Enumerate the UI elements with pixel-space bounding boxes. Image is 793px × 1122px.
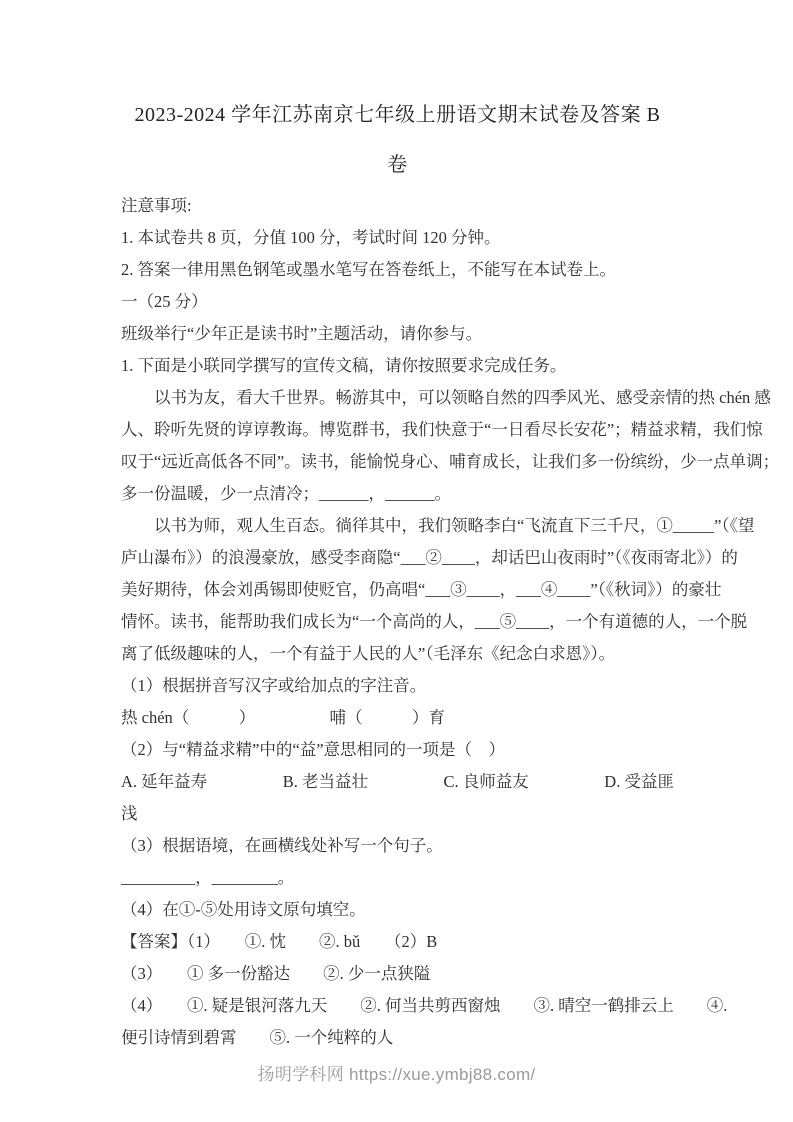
passage2-line3: 美好期待，体会刘禹锡即使贬官，仍高唱“___③____，___④____”（《秋… bbox=[121, 574, 674, 606]
exam-document-page: 2023-2024 学年江苏南京七年级上册语文期末试卷及答案 B 卷 注意事项:… bbox=[0, 0, 793, 1122]
document-content: 2023-2024 学年江苏南京七年级上册语文期末试卷及答案 B 卷 注意事项:… bbox=[121, 0, 674, 1054]
document-title-line1: 2023-2024 学年江苏南京七年级上册语文期末试卷及答案 B bbox=[121, 90, 674, 140]
document-title: 2023-2024 学年江苏南京七年级上册语文期末试卷及答案 B 卷 bbox=[121, 90, 674, 190]
document-title-line2: 卷 bbox=[121, 140, 674, 190]
passage2-line4: 情怀。读书，能帮助我们成长为“一个高尚的人，___⑤____，一个有道德的人，一… bbox=[121, 606, 674, 638]
subquestion-4: （4）在①-⑤处用诗文原句填空。 bbox=[121, 894, 674, 926]
passage1-line1: 以书为友，看大千世界。畅游其中，可以领略自然的四季风光、感受亲情的热 chén … bbox=[121, 382, 674, 414]
subquestion-3: （3）根据语境，在画横线处补写一个句子。 bbox=[121, 830, 674, 862]
option-d: D. 受益匪 bbox=[604, 766, 674, 798]
sentence-blank-line: _________，________。 bbox=[121, 862, 674, 894]
answer-line-3: （4） ①. 疑是银河落九天 ②. 何当共剪西窗烛 ③. 晴空一鹤排云上 ④. bbox=[121, 990, 674, 1022]
passage2-line1: 以书为师，观人生百态。徜徉其中，我们领略李白“飞流直下三千尺，①_____”（《… bbox=[121, 510, 674, 542]
subquestion-2: （2）与“精益求精”中的“益”意思相同的一项是（ ） bbox=[121, 734, 674, 766]
notice-heading: 注意事项: bbox=[121, 190, 674, 222]
choice-options-row: A. 延年益寿 B. 老当益壮 C. 良师益友 D. 受益匪 bbox=[121, 766, 674, 798]
passage1-line2: 人、聆听先贤的谆谆教诲。博览群书，我们快意于“一日看尽长安花”；精益求精，我们惊 bbox=[121, 414, 674, 446]
option-d-overflow: 浅 bbox=[121, 798, 674, 830]
pinyin-answer-blanks: 热 chén（ ） 哺（ ）育 bbox=[121, 702, 674, 734]
passage2-line2: 庐山瀑布》）的浪漫豪放，感受李商隐“___②____，却话巴山夜雨时”（《夜雨寄… bbox=[121, 542, 674, 574]
answer-line-1: 【答案】（1） ①. 忱 ②. bǔ （2）B bbox=[121, 926, 674, 958]
passage1-line3: 叹于“远近高低各不同”。读书，能愉悦身心、哺育成长，让我们多一份缤纷，少一点单调… bbox=[121, 446, 674, 478]
site-watermark: 扬明学科网 https://xue.ymbj88.com/ bbox=[0, 1062, 793, 1088]
notice-item-2: 2. 答案一律用黑色钢笔或墨水笔写在答卷纸上，不能写在本试卷上。 bbox=[121, 254, 674, 286]
subquestion-1: （1）根据拼音写汉字或给加点的字注音。 bbox=[121, 670, 674, 702]
option-c: C. 良师益友 bbox=[444, 766, 529, 798]
passage1-line4: 多一份温暖，少一点清冷；______，______。 bbox=[121, 478, 674, 510]
answer-line-4: 便引诗情到碧霄 ⑤. 一个纯粹的人 bbox=[121, 1022, 674, 1054]
section-heading: 一（25 分） bbox=[121, 286, 674, 318]
activity-intro: 班级举行“少年正是读书时”主题活动，请你参与。 bbox=[121, 318, 674, 350]
answer-line-2: （3） ① 多一份豁达 ②. 少一点狭隘 bbox=[121, 958, 674, 990]
passage2-line5: 离了低级趣味的人，一个有益于人民的人”（毛泽东《纪念白求恩》）。 bbox=[121, 638, 674, 670]
option-b: B. 老当益壮 bbox=[283, 766, 368, 798]
notice-item-1: 1. 本试卷共 8 页，分值 100 分，考试时间 120 分钟。 bbox=[121, 222, 674, 254]
question1-stem: 1. 下面是小联同学撰写的宣传文稿，请你按照要求完成任务。 bbox=[121, 350, 674, 382]
option-a: A. 延年益寿 bbox=[121, 766, 207, 798]
